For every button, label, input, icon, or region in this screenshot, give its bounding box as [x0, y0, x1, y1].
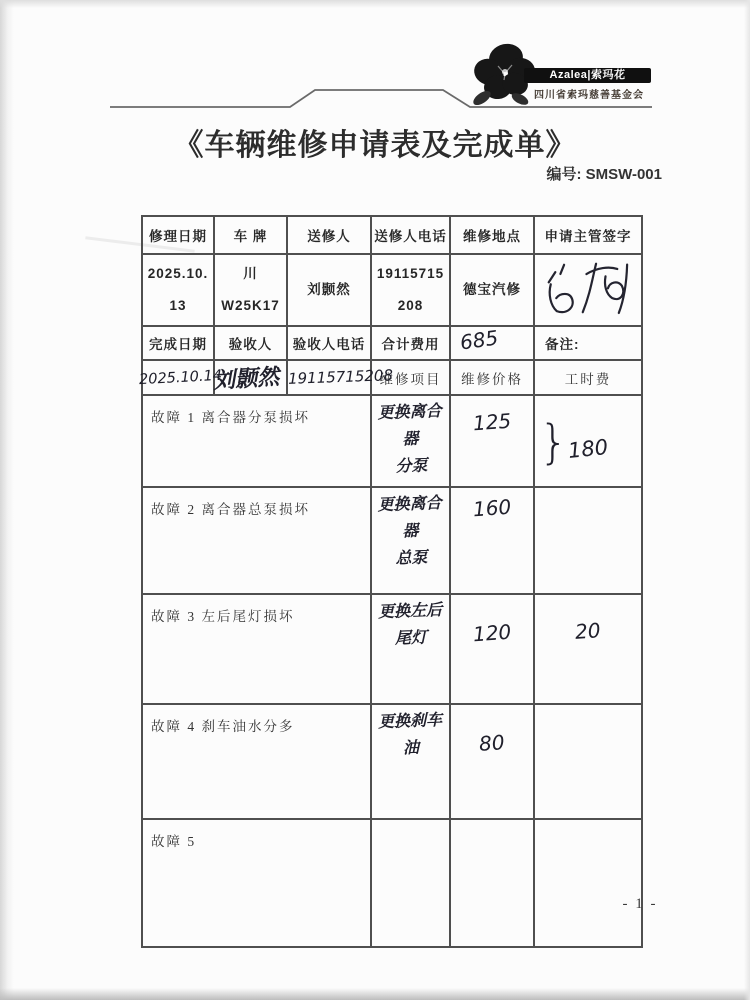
handwritten-labor-1-2: 180 [567, 435, 609, 463]
header-total-fee: 合计费用 [371, 326, 450, 360]
handwritten-price-1: 125 [472, 409, 512, 436]
fault-3-price: 120 [450, 594, 534, 704]
organization-name: 四川省索玛慈善基金会 [514, 86, 664, 101]
fault-1-label: 故障 1 离合器分泵损坏 [142, 395, 371, 487]
supervisor-signature [539, 257, 637, 323]
handwritten-item-1: 更换离合器 分泵 [371, 397, 451, 481]
document-number: 编号: SMSW-001 [546, 163, 662, 184]
document-title: 《车辆维修申请表及完成单》 [0, 120, 750, 164]
fault-2-price: 160 [450, 487, 534, 594]
header-repair-price: 维修价格 [450, 360, 534, 395]
fault-4-label: 故障 4 刹车油水分多 [142, 704, 371, 819]
fault-5-labor [534, 819, 642, 947]
scan-edge-bottom [0, 988, 750, 1000]
fault-row-2: 故障 2 离合器总泵损坏 更换离合器 总泵 160 [142, 487, 642, 594]
handwritten-complete-date: 2025.10.14 [139, 367, 223, 387]
fault-4-price: 80 [450, 704, 534, 819]
header-acceptor-phone: 验收人电话 [287, 326, 371, 360]
handwritten-acceptor-phone: 19115715208 [288, 366, 394, 388]
cell-supervisor-signature [534, 254, 642, 326]
cell-plate: 川 W25K17 [214, 254, 287, 326]
fault-5-item [371, 819, 450, 947]
header-complete-date: 完成日期 [142, 326, 214, 360]
page-number: - 1 - [600, 896, 680, 913]
handwritten-price-3: 120 [472, 620, 512, 647]
header-repair-date: 修理日期 [142, 216, 214, 254]
scanned-document-page: Azalea|索玛花 四川省索玛慈善基金会 《车辆维修申请表及完成单》 编号: … [0, 0, 750, 1000]
header-sender-phone: 送修人电话 [371, 216, 450, 254]
fault-5-price [450, 819, 534, 947]
handwritten-brace: } [539, 419, 568, 465]
fault-row-3: 故障 3 左后尾灯损坏 更换左后尾灯 120 20 [142, 594, 642, 704]
cell-repair-date: 2025.10. 13 [142, 254, 214, 326]
fault-4-item: 更换刹车油 [371, 704, 450, 819]
fault-1-price: 125 [450, 395, 534, 487]
cell-complete-date: 2025.10.14 [142, 360, 214, 395]
acceptance-row: 2025.10.14 刘颢然 19115715208 维修项目 维修价格 工时费 [142, 360, 642, 395]
header-acceptor: 验收人 [214, 326, 287, 360]
foundation-logo: Azalea|索玛花 四川省索玛慈善基金会 [468, 40, 668, 112]
fault-3-labor: 20 [534, 594, 642, 704]
fault-3-label: 故障 3 左后尾灯损坏 [142, 594, 371, 704]
handwritten-item-3: 更换左后尾灯 [371, 596, 450, 653]
fault-row-5: 故障 5 [142, 819, 642, 947]
fault-2-label: 故障 2 离合器总泵损坏 [142, 487, 371, 594]
handwritten-total-fee: 685 [458, 325, 499, 354]
cell-total-fee-value: 685 [450, 326, 534, 360]
handwritten-item-2: 更换离合器 总泵 [371, 489, 451, 573]
labor-fee-brace-group: } 180 [539, 419, 608, 465]
header-sender: 送修人 [287, 216, 371, 254]
cell-acceptor: 刘颢然 [214, 360, 287, 395]
maintenance-form-table: 修理日期 车 牌 送修人 送修人电话 维修地点 申请主管签字 2025.10. … [141, 215, 641, 948]
brand-banner: Azalea|索玛花 [524, 68, 651, 83]
header-location: 维修地点 [450, 216, 534, 254]
table-header-row: 修理日期 车 牌 送修人 送修人电话 维修地点 申请主管签字 [142, 216, 642, 254]
header-labor-fee: 工时费 [534, 360, 642, 395]
fault-row-4: 故障 4 刹车油水分多 更换刹车油 80 [142, 704, 642, 819]
handwritten-acceptor-name: 刘颢然 [212, 360, 280, 396]
cell-location: 德宝汽修 [450, 254, 534, 326]
header-plate: 车 牌 [214, 216, 287, 254]
handwritten-item-4: 更换刹车油 [371, 706, 450, 763]
cell-acceptor-phone: 19115715208 [287, 360, 371, 395]
cell-sender-phone: 19115715 208 [371, 254, 450, 326]
fault-2-item: 更换离合器 总泵 [371, 487, 450, 594]
fault-2-labor [534, 487, 642, 594]
handwritten-labor-3: 20 [574, 618, 601, 644]
fault-1-item: 更换离合器 分泵 [371, 395, 450, 487]
fault-3-item: 更换左后尾灯 [371, 594, 450, 704]
request-data-row: 2025.10. 13 川 W25K17 刘颢然 19115715 208 德宝… [142, 254, 642, 326]
completion-header-row: 完成日期 验收人 验收人电话 合计费用 685 备注: [142, 326, 642, 360]
handwritten-price-4: 80 [478, 730, 505, 756]
fault-4-labor [534, 704, 642, 819]
cell-sender: 刘颢然 [287, 254, 371, 326]
header-supervisor-sign: 申请主管签字 [534, 216, 642, 254]
fault-5-label: 故障 5 [142, 819, 371, 947]
header-remark: 备注: [534, 326, 642, 360]
handwritten-price-2: 160 [472, 495, 512, 522]
